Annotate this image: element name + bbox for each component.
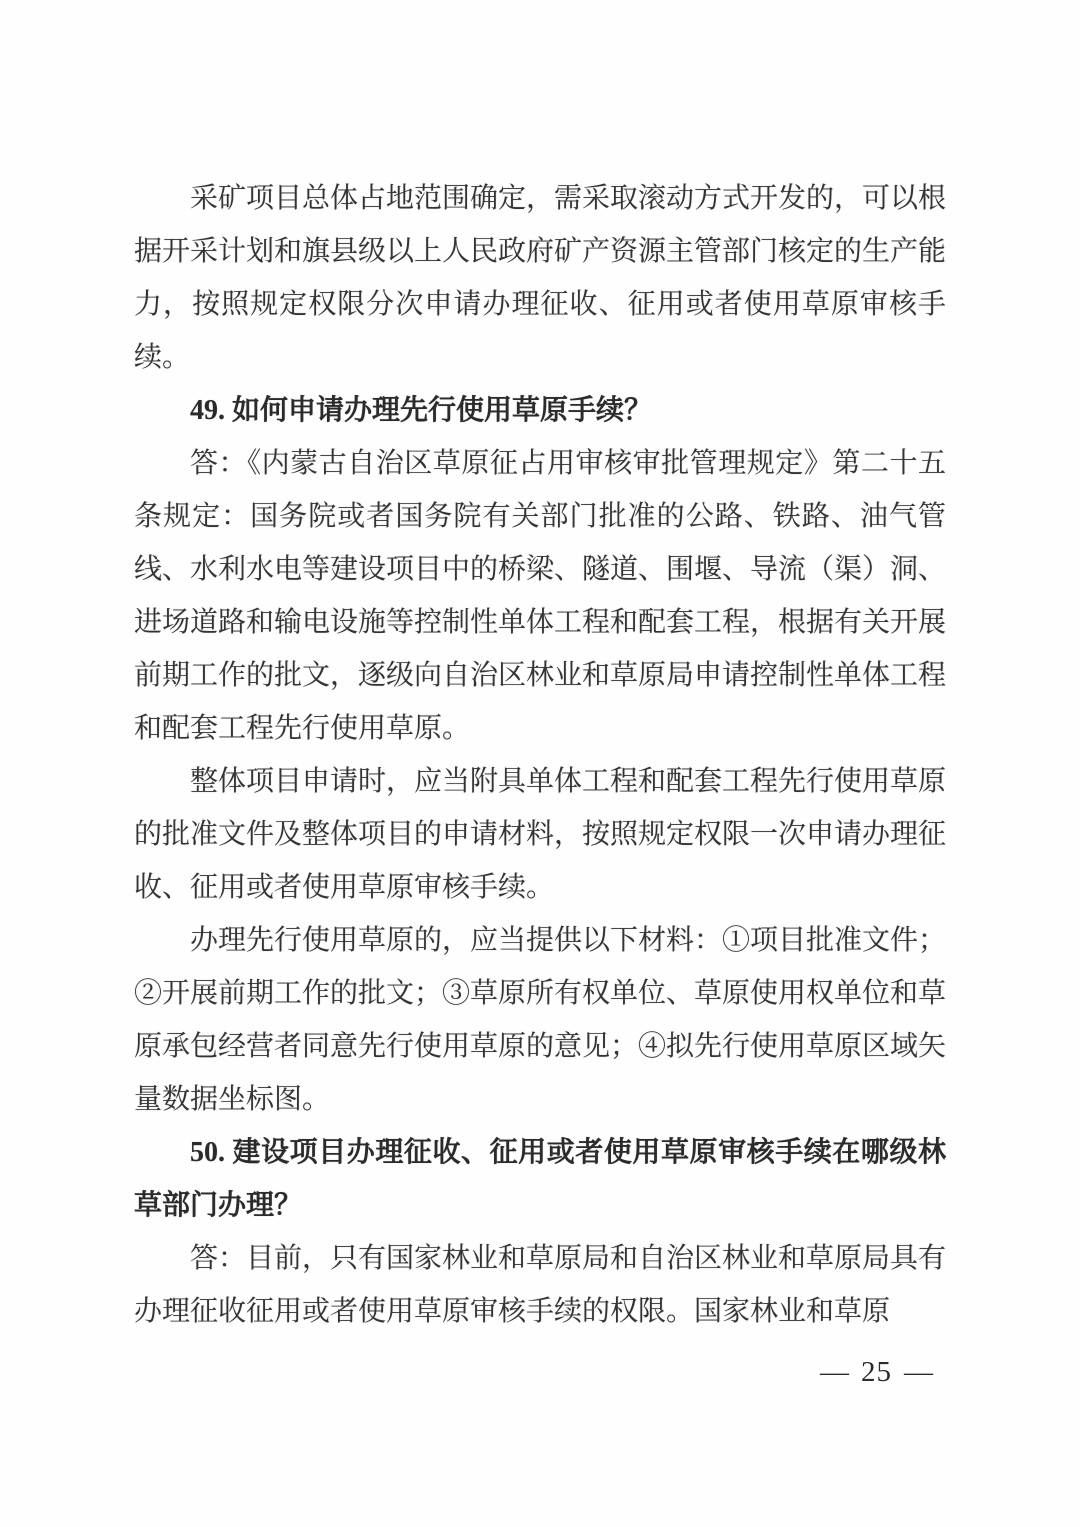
- question-50-heading: 50. 建设项目办理征收、征用或者使用草原审核手续在哪级林草部门办理？: [134, 1126, 946, 1232]
- document-page: 采矿项目总体占地范围确定，需采取滚动方式开发的，可以根据开采计划和旗县级以上人民…: [0, 0, 1080, 1527]
- footer-left-dash: —: [820, 1356, 849, 1389]
- question-49-heading: 49. 如何申请办理先行使用草原手续？: [134, 384, 946, 437]
- answer-49-paragraph-3: 办理先行使用草原的，应当提供以下材料：①项目批准文件；②开展前期工作的批文；③草…: [134, 914, 946, 1126]
- answer-49-paragraph-2: 整体项目申请时，应当附具单体工程和配套工程先行使用草原的批准文件及整体项目的申请…: [134, 755, 946, 914]
- paragraph-mining-continuation: 采矿项目总体占地范围确定，需采取滚动方式开发的，可以根据开采计划和旗县级以上人民…: [134, 172, 946, 384]
- page-number: 25: [861, 1356, 892, 1389]
- footer-right-dash: —: [904, 1356, 933, 1389]
- page-content: 采矿项目总体占地范围确定，需采取滚动方式开发的，可以根据开采计划和旗县级以上人民…: [134, 172, 946, 1338]
- page-footer: — 25 —: [820, 1356, 933, 1389]
- answer-49-paragraph-1: 答：《内蒙古自治区草原征占用审核审批管理规定》第二十五条规定：国务院或者国务院有…: [134, 437, 946, 755]
- answer-50-paragraph-1: 答：目前，只有国家林业和草原局和自治区林业和草原局具有办理征收征用或者使用草原审…: [134, 1232, 946, 1338]
